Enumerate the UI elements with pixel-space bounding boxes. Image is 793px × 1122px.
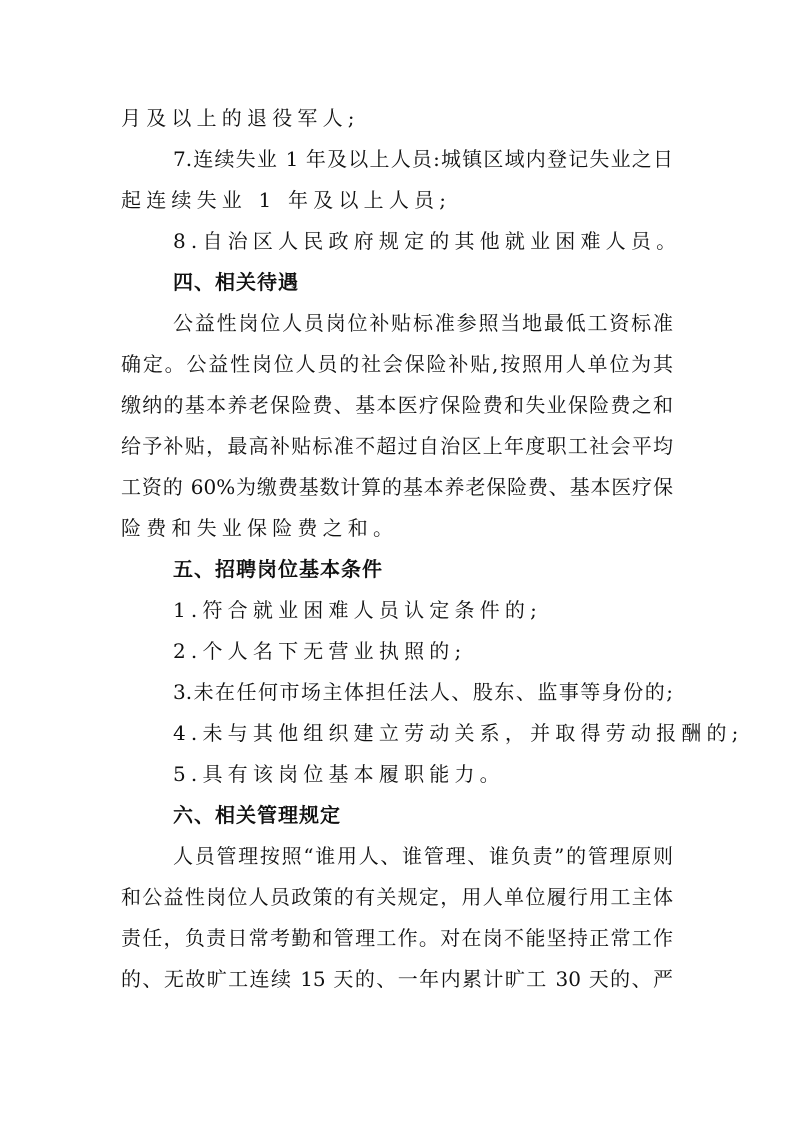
section-heading-4: 四、相关待遇 xyxy=(121,264,673,305)
paragraph-benefits-line-3: 缴纳的基本养老保险费、基本医疗保险费和失业保险费之和 xyxy=(121,387,673,428)
section-heading-5: 五、招聘岗位基本条件 xyxy=(121,551,673,592)
section-heading-6: 六、相关管理规定 xyxy=(121,797,673,838)
paragraph-benefits-line-5: 工资的 60%为缴费基数计算的基本养老保险费、基本医疗保 xyxy=(121,469,673,510)
paragraph-management-line-4: 的、无故旷工连续 15 天的、一年内累计旷工 30 天的、严 xyxy=(121,961,673,1002)
document-page: 月及以上的退役军人; 7.连续失业 1 年及以上人员:城镇区域内登记失业之日 起… xyxy=(121,100,673,1002)
paragraph-benefits-line-6: 险费和失业保险费之和。 xyxy=(121,510,673,551)
paragraph-benefits-line-4: 给予补贴，最高补贴标准不超过自治区上年度职工社会平均 xyxy=(121,428,673,469)
condition-item-4: 4.未与其他组织建立劳动关系，并取得劳动报酬的; xyxy=(121,715,673,756)
paragraph-management-line-3: 责任，负责日常考勤和管理工作。对在岗不能坚持正常工作 xyxy=(121,920,673,961)
condition-item-3: 3.未在任何市场主体担任法人、股东、监事等身份的; xyxy=(121,674,673,715)
condition-item-1: 1.符合就业困难人员认定条件的; xyxy=(121,592,673,633)
condition-item-5: 5.具有该岗位基本履职能力。 xyxy=(121,756,673,797)
list-item-8: 8.自治区人民政府规定的其他就业困难人员。 xyxy=(121,223,673,264)
paragraph-management-line-2: 和公益性岗位人员政策的有关规定，用人单位履行用工主体 xyxy=(121,879,673,920)
paragraph-management-line-1: 人员管理按照“谁用人、谁管理、谁负责”的管理原则 xyxy=(121,838,673,879)
paragraph-benefits-line-2: 确定。公益性岗位人员的社会保险补贴,按照用人单位为其 xyxy=(121,346,673,387)
paragraph-benefits-line-1: 公益性岗位人员岗位补贴标准参照当地最低工资标准 xyxy=(121,305,673,346)
text-line-continuation-6: 月及以上的退役军人; xyxy=(121,100,673,141)
condition-item-2: 2.个人名下无营业执照的; xyxy=(121,633,673,674)
list-item-7: 7.连续失业 1 年及以上人员:城镇区域内登记失业之日 xyxy=(121,141,673,182)
text-line-continuation-7: 起连续失业 1 年及以上人员; xyxy=(121,182,673,223)
